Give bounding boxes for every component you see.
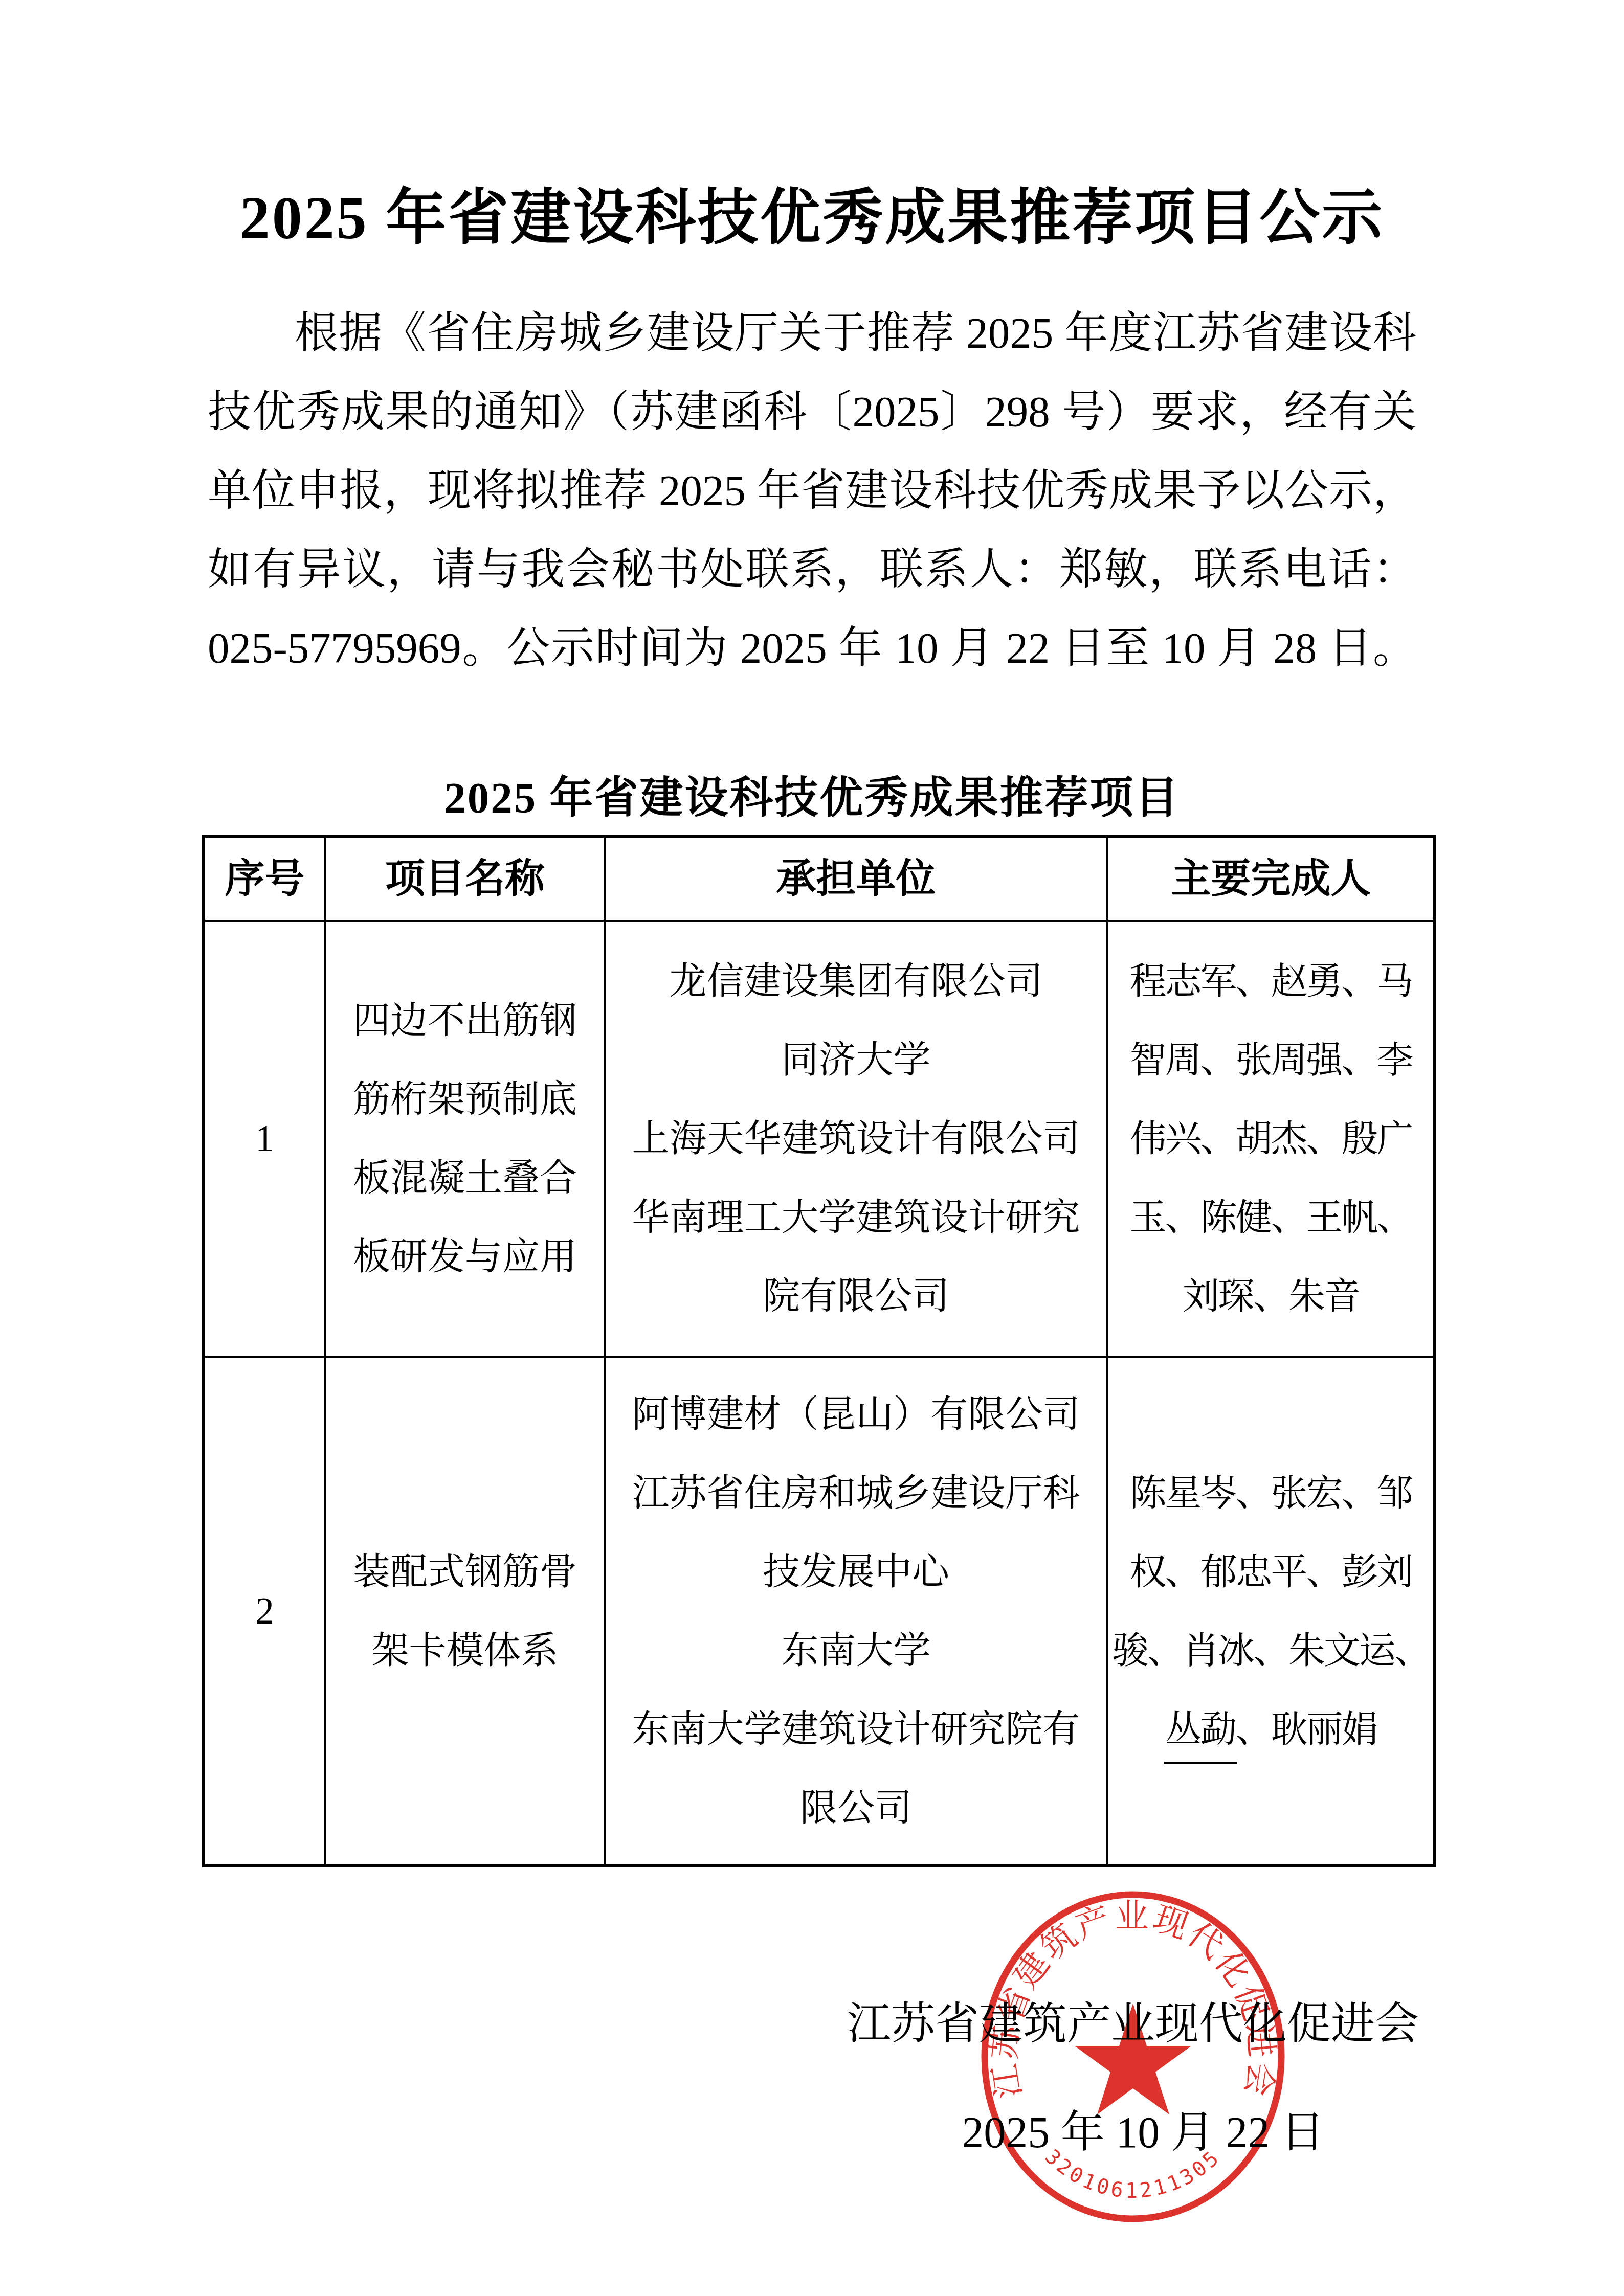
- star-icon: [1075, 2004, 1191, 2114]
- svg-text:3201061211305: 3201061211305: [1040, 2145, 1226, 2203]
- paragraph-line: 技优秀成果的通知》（苏建函科〔2025〕298 号）要求，经有关: [208, 373, 1416, 452]
- header-cell-project-name: 项目名称: [326, 838, 606, 922]
- row2-undertaking-unit-cell: 阿博建材（昆山）有限公司 江苏省住房和城乡建设厅科 技发展中心 东南大学 东南大…: [606, 1358, 1108, 1864]
- row1-project-name-cell: 四边不出筋钢 筋桁架预制底 板混凝土叠合 板研发与应用: [326, 922, 606, 1358]
- row1-undertaking-unit-cell: 龙信建设集团有限公司 同济大学 上海天华建筑设计有限公司 华南理工大学建筑设计研…: [606, 922, 1108, 1358]
- row2-project-name-cell: 装配式钢筋骨 架卡模体系: [326, 1358, 606, 1864]
- official-seal: 江苏省建筑产业现代化促进会 3201061211305: [980, 1891, 1286, 2222]
- projects-table: 序号 项目名称 承担单位 主要完成人 1 四边不出筋钢 筋桁架预制底 板混凝土叠…: [202, 835, 1436, 1867]
- row1-main-contributors-cell: 程志军、赵勇、马 智周、张周强、李 伟兴、胡杰、殷广 玉、陈健、王帆、 刘琛、朱…: [1108, 922, 1433, 1358]
- announcement-paragraph: 根据《省住房城乡建设厅关于推荐 2025 年度江苏省建设科 技优秀成果的通知》（…: [208, 294, 1416, 688]
- announcement-page: 2025 年省建设科技优秀成果推荐项目公示 根据《省住房城乡建设厅关于推荐 20…: [0, 0, 1624, 2296]
- header-cell-main-contributors: 主要完成人: [1108, 838, 1433, 922]
- paragraph-line: 如有异议，请与我会秘书处联系，联系人：郑敏，联系电话：: [208, 530, 1416, 609]
- paragraph-line: 025-57795969。公示时间为 2025 年 10 月 22 日至 10 …: [208, 609, 1416, 688]
- header-cell-index: 序号: [205, 838, 326, 922]
- paragraph-line: 根据《省住房城乡建设厅关于推荐 2025 年度江苏省建设科: [208, 294, 1416, 373]
- seal-code: 3201061211305: [1040, 2145, 1226, 2203]
- row2-main-contributors-cell: 陈星岑、张宏、邹 权、郁忠平、彭刘 骏、肖冰、朱文运、 丛勐、耿丽娟: [1108, 1358, 1433, 1864]
- table-title: 2025 年省建设科技优秀成果推荐项目: [0, 770, 1624, 827]
- row2-index-cell: 2: [205, 1358, 326, 1864]
- row1-index-cell: 1: [205, 922, 326, 1358]
- proofing-underline: [1164, 1762, 1237, 1764]
- page-title: 2025 年省建设科技优秀成果推荐项目公示: [0, 180, 1624, 257]
- paragraph-line: 单位申报，现将拟推荐 2025 年省建设科技优秀成果予以公示，: [208, 452, 1416, 530]
- header-cell-undertaking-unit: 承担单位: [606, 838, 1108, 922]
